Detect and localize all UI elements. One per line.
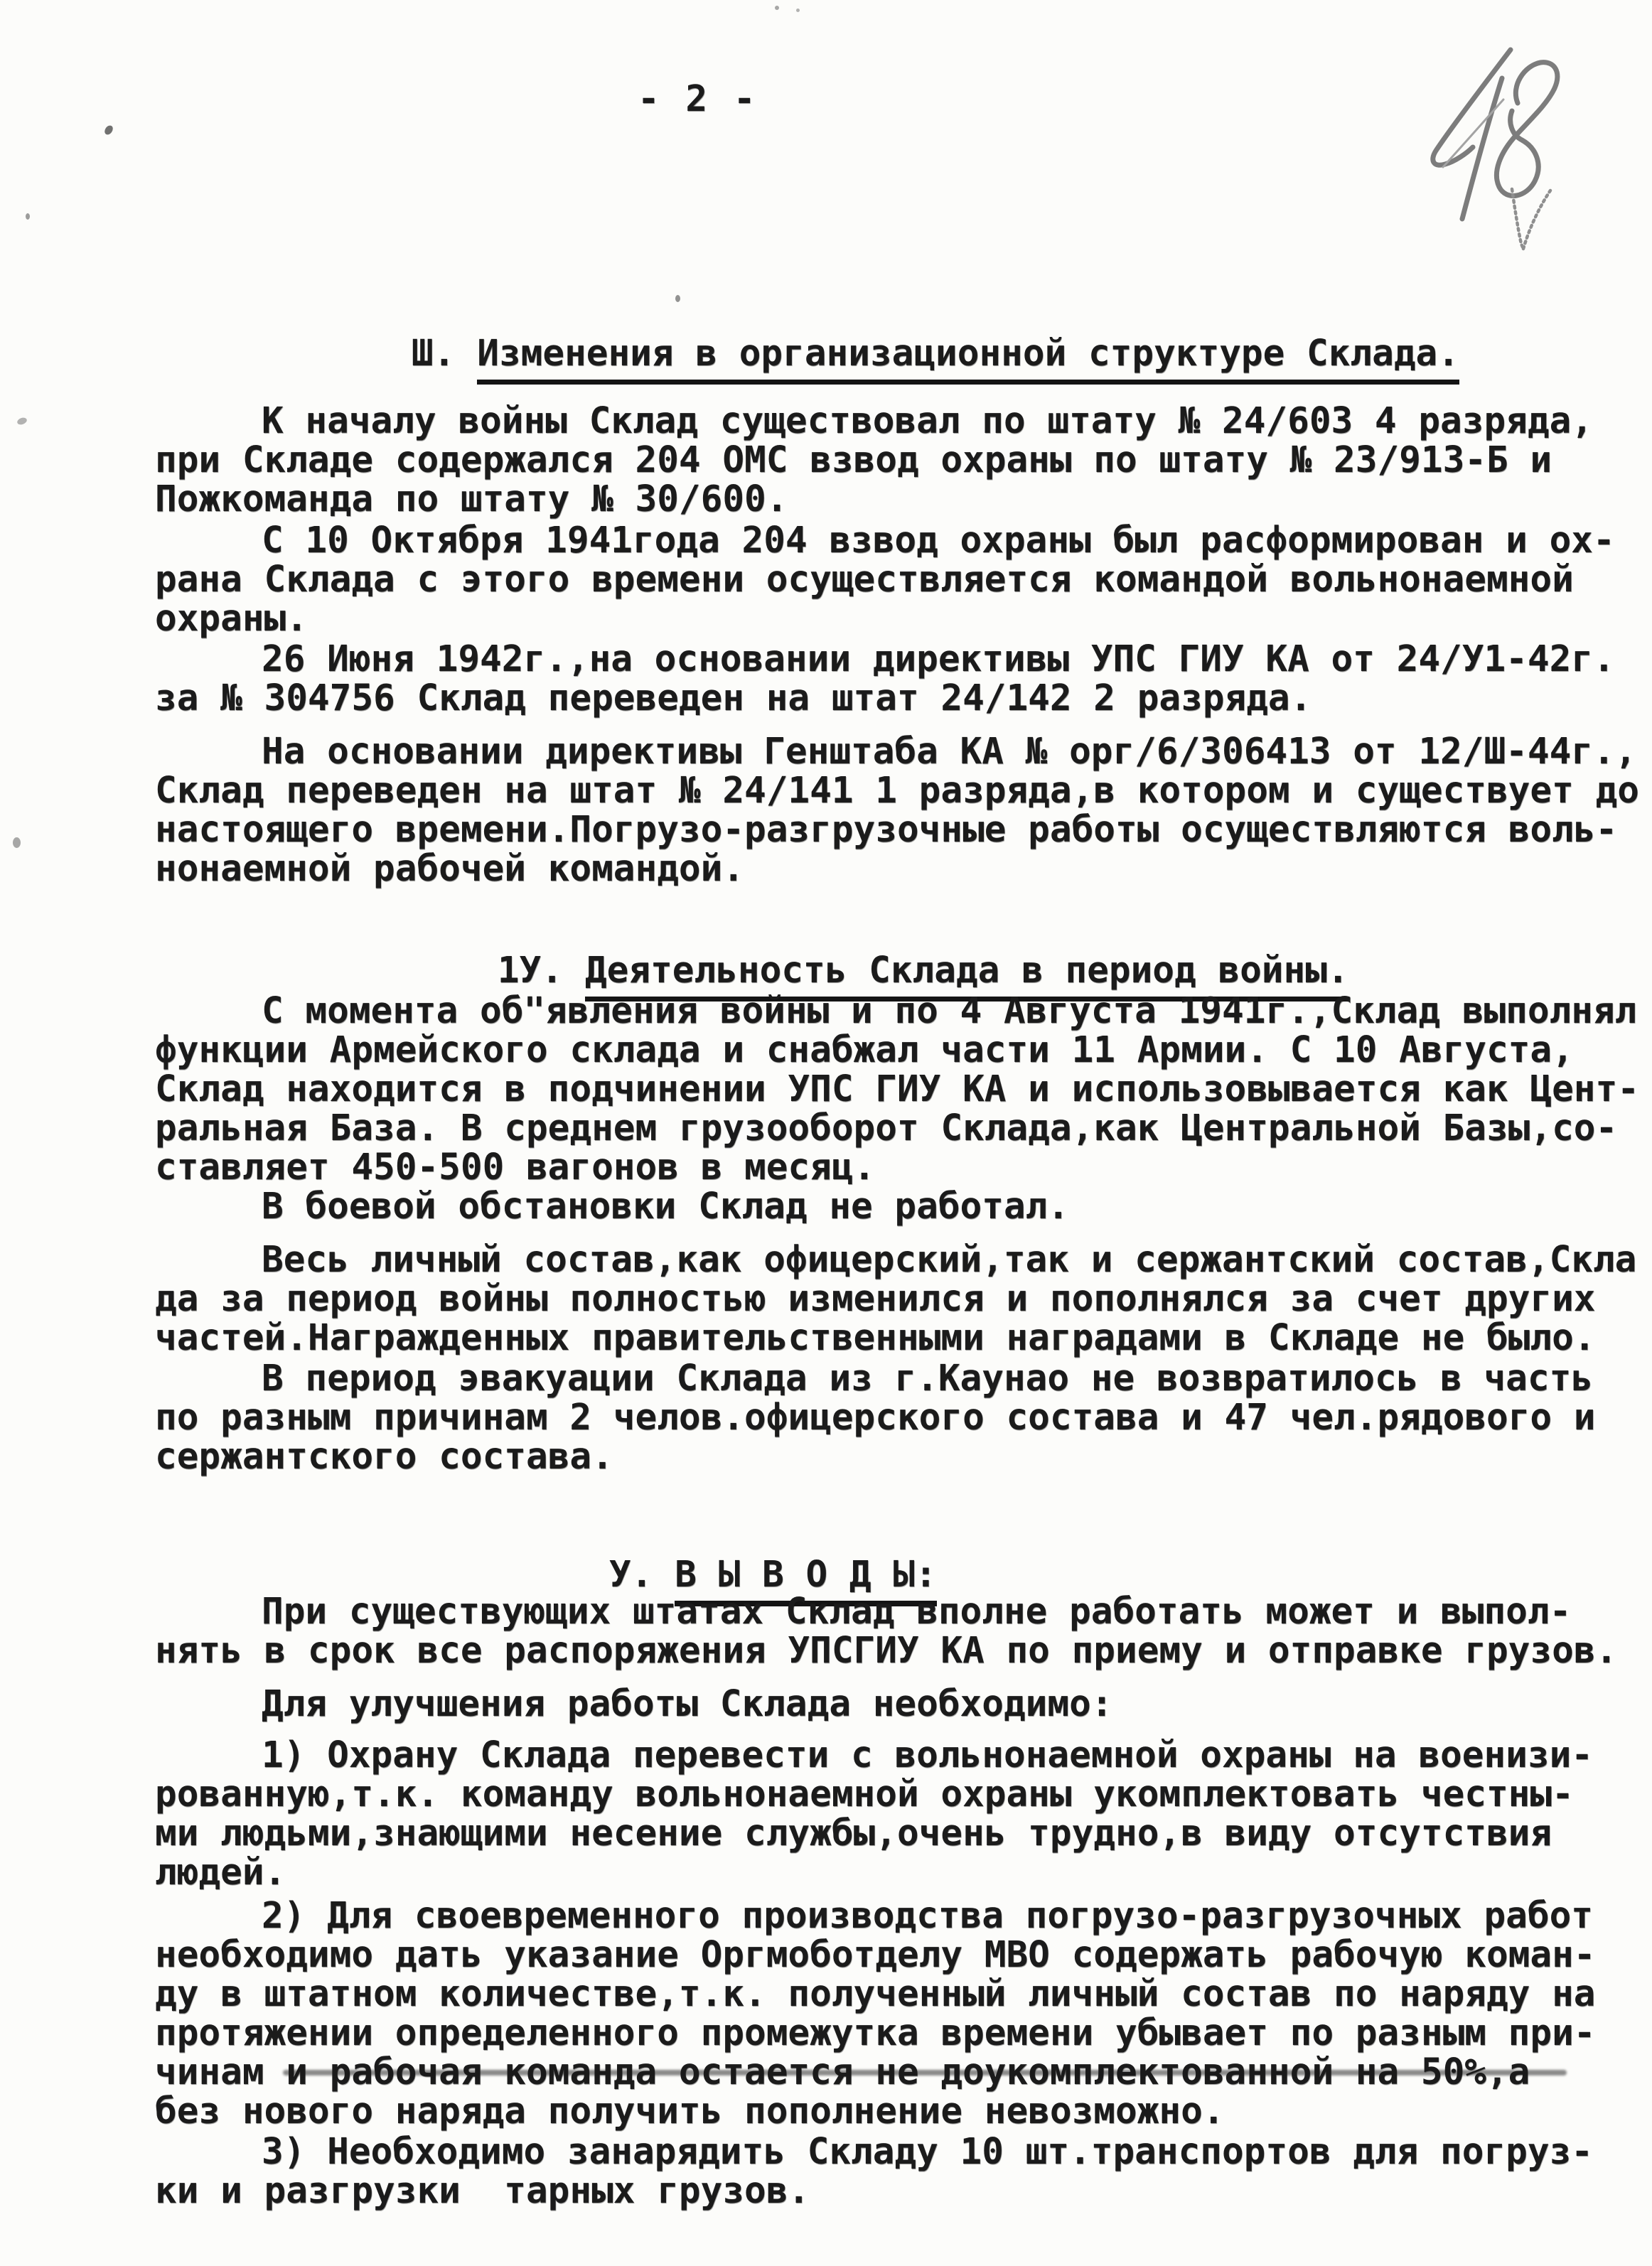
text-line: Пожкоманда по штату № 30/600. [155, 480, 1652, 519]
text-line: без нового наряда получить пополнение не… [155, 2092, 1652, 2131]
text-line: ставляет 450-500 вагонов в месяц. [155, 1148, 1652, 1187]
page-number: - 2 - [638, 80, 758, 119]
text-line: да за период войны полностью изменился и… [155, 1279, 1652, 1319]
heading-numeral: 1У. [498, 950, 563, 992]
paragraph: 1) Охрану Склада перевести с вольнонаемн… [155, 1736, 1652, 1892]
paragraph: При существующих штатах Склад вполне раб… [155, 1592, 1652, 1670]
text-line: рованную,т.к. команду вольнонаемной охра… [155, 1775, 1652, 1814]
paragraph: В период эвакуации Склада из г.Каунао не… [155, 1359, 1652, 1476]
text-line: 26 Июня 1942г.,на основании директивы УП… [155, 640, 1652, 679]
text-line: С 10 Октября 1941года 204 взвод охраны б… [155, 521, 1652, 560]
paragraph: С 10 Октября 1941года 204 взвод охраны б… [155, 521, 1652, 638]
text-line: необходимо дать указание Оргмоботделу МВ… [155, 1935, 1652, 1975]
text-line: 1) Охрану Склада перевести с вольнонаемн… [155, 1736, 1652, 1775]
text-line: С момента об"явления войны и по 4 Август… [155, 992, 1652, 1031]
text-line: чинам и рабочая команда остается не доук… [155, 2053, 1652, 2092]
paragraph: 3) Необходимо занарядить Складу 10 шт.тр… [155, 2132, 1652, 2211]
heading-numeral: Ш. [412, 333, 455, 375]
text-line: ральная База. В среднем грузооборот Скла… [155, 1109, 1652, 1148]
paragraph: 26 Июня 1942г.,на основании директивы УП… [155, 640, 1652, 718]
paragraph: В боевой обстановки Склад не работал. [155, 1187, 1652, 1226]
paragraph: С момента об"явления войны и по 4 Август… [155, 992, 1652, 1187]
scanned-document-page: - 2 - Ш.Изменения в организационной стру… [0, 0, 1652, 2266]
paragraph: Для улучшения работы Склада необходимо: [155, 1685, 1652, 1724]
text-line: ду в штатном количестве,т.к. полученный … [155, 1975, 1652, 2014]
text-line: Весь личный состав,как офицерский,так и … [155, 1240, 1652, 1279]
text-line: частей.Награжденных правительственными н… [155, 1319, 1652, 1358]
text-line: ки и разгрузки тарных грузов. [155, 2171, 1652, 2211]
text-line: нонаемной рабочей командой. [155, 849, 1652, 888]
text-line: нять в срок все распоряжения УПСГИУ КА п… [155, 1631, 1652, 1670]
scan-speck [26, 213, 30, 220]
scan-speck [775, 6, 779, 10]
text-line: сержантского состава. [155, 1437, 1652, 1476]
scan-speck [13, 837, 21, 848]
text-line: Склад переведен на штат № 24/141 1 разря… [155, 771, 1652, 810]
text-line: 3) Необходимо занарядить Складу 10 шт.тр… [155, 2132, 1652, 2171]
text-line: людей. [155, 1853, 1652, 1892]
paragraph: К началу войны Склад существовал по штат… [155, 402, 1652, 519]
text-line: за № 304756 Склад переведен на штат 24/1… [155, 679, 1652, 718]
text-line: протяжении определенного промежутка врем… [155, 2014, 1652, 2053]
text-line: рана Склада с этого времени осуществляет… [155, 560, 1652, 599]
handwritten-checkmark-icon [1496, 183, 1560, 262]
scan-speck [16, 417, 28, 426]
text-line: Склад находится в подчинении УПС ГИУ КА … [155, 1070, 1652, 1109]
text-line: при Складе содержался 204 ОМС взвод охра… [155, 441, 1652, 480]
text-line: функции Армейского склада и снабжал част… [155, 1031, 1652, 1070]
paragraph: Весь личный состав,как офицерский,так и … [155, 1240, 1652, 1358]
heading-title: Изменения в организационной структуре Ск… [477, 334, 1459, 385]
text-line: На основании директивы Генштаба КА № орг… [155, 732, 1652, 771]
paragraph: На основании директивы Генштаба КА № орг… [155, 732, 1652, 888]
scan-speck [103, 124, 114, 136]
scan-speck [796, 9, 800, 12]
text-line: охраны. [155, 599, 1652, 638]
text-line: При существующих штатах Склад вполне раб… [155, 1592, 1652, 1631]
text-line: настоящего времени.Погрузо-разгрузочные … [155, 810, 1652, 849]
heading-numeral: У. [609, 1554, 653, 1596]
text-line: ми людьми,знающими несение службы,очень … [155, 1814, 1652, 1853]
text-line: В период эвакуации Склада из г.Каунао не… [155, 1359, 1652, 1398]
text-line: В боевой обстановки Склад не работал. [155, 1187, 1652, 1226]
text-line: 2) Для своевременного производства погру… [155, 1896, 1652, 1935]
paragraph: 2) Для своевременного производства погру… [155, 1896, 1652, 2131]
text-line: Для улучшения работы Склада необходимо: [155, 1685, 1652, 1724]
text-line: по разным причинам 2 челов.офицерского с… [155, 1398, 1652, 1437]
text-line: К началу войны Склад существовал по штат… [155, 402, 1652, 441]
